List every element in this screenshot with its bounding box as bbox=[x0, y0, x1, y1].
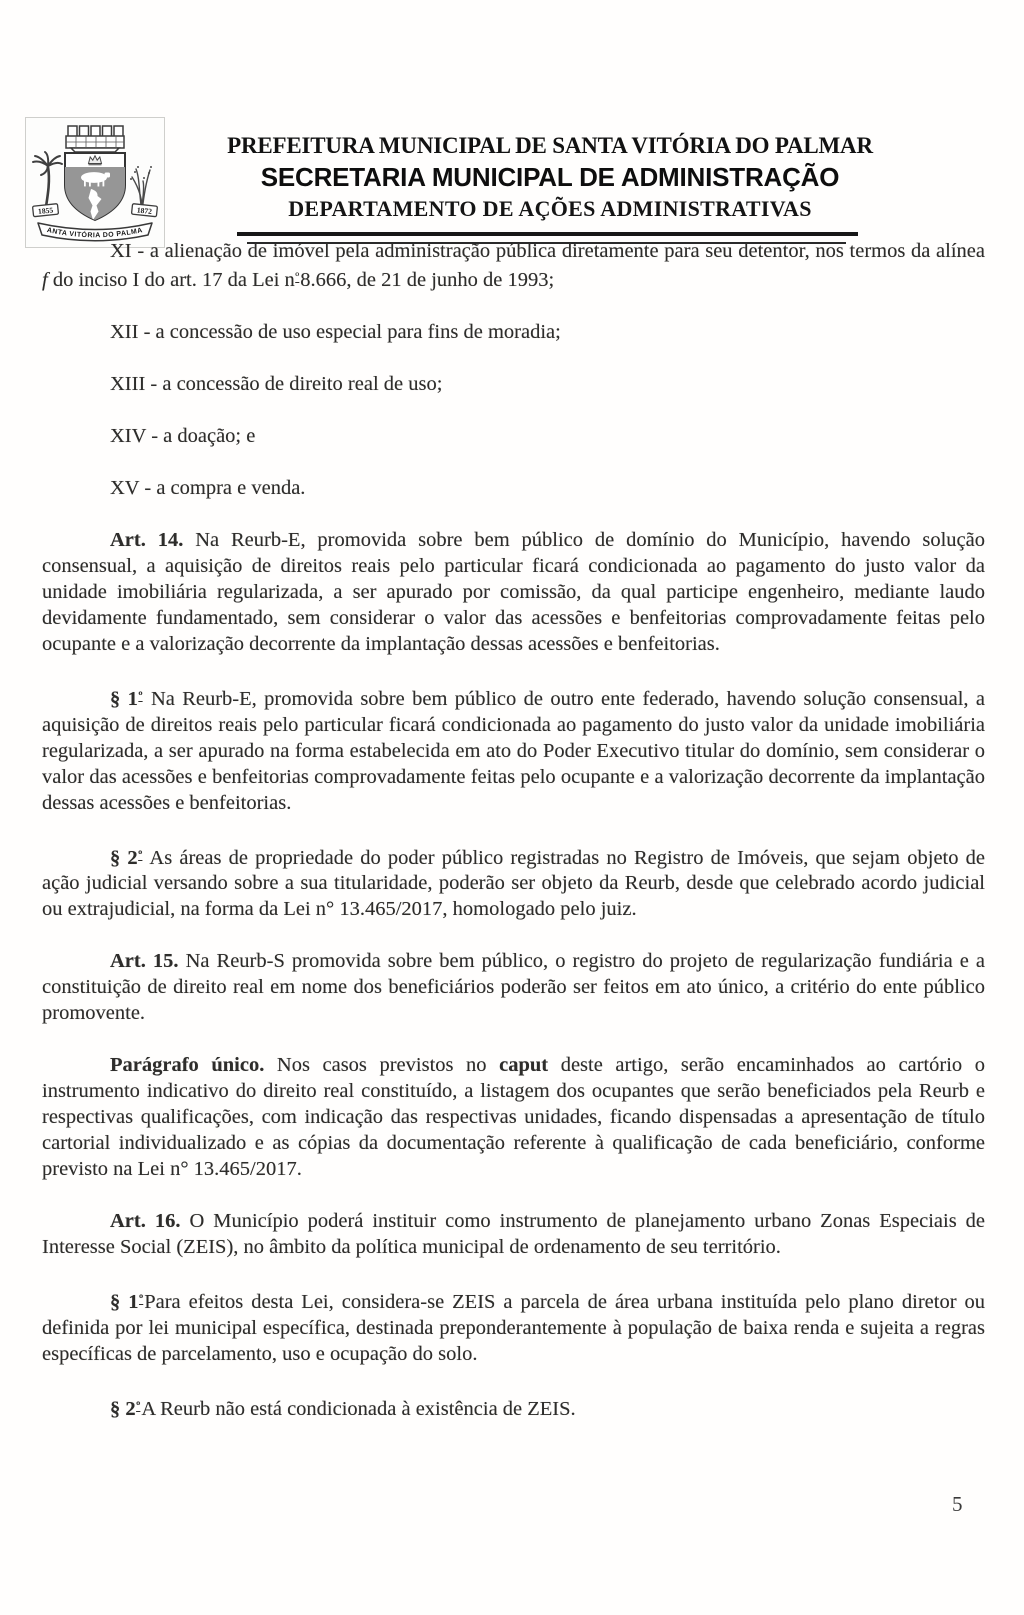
text-segment: XV - a compra e venda. bbox=[110, 477, 305, 499]
text-segment: 8.666, de 21 de junho de 1993; bbox=[300, 269, 554, 291]
page-number: 5 bbox=[952, 1492, 992, 1517]
letterhead-line2: SECRETARIA MUNICIPAL DE ADMINISTRAÇÃO bbox=[168, 161, 932, 194]
text-segment: Na Reurb-E, promovida sobre bem público … bbox=[42, 688, 985, 814]
text-segment: Na Reurb-S promovida sobre bem público, … bbox=[42, 950, 985, 1024]
clause-xiii: XIII - a concessão de direito real de us… bbox=[42, 371, 985, 397]
art14-paragraph-2: § 2º As áreas de propriedade do poder pú… bbox=[42, 842, 985, 923]
text-segment: caput bbox=[499, 1054, 548, 1076]
clause-xi: XI - a alienação de imóvel pela administ… bbox=[42, 238, 985, 293]
text-segment: XIII - a concessão de direito real de us… bbox=[110, 373, 442, 395]
clause-xiv: XIV - a doação; e bbox=[42, 423, 985, 449]
text-segment: § 2 bbox=[110, 846, 138, 868]
mural-crown bbox=[66, 126, 124, 152]
article-16: Art. 16. O Município poderá instituir co… bbox=[42, 1208, 985, 1260]
letterhead-line1: PREFEITURA MUNICIPAL DE SANTA VITÓRIA DO… bbox=[168, 130, 932, 161]
text-segment: XIV - a doação; e bbox=[110, 425, 255, 447]
text-segment: XI - a alienação de imóvel pela administ… bbox=[110, 240, 985, 262]
header-rule-thick bbox=[237, 232, 858, 236]
text-segment: § 2 bbox=[110, 1398, 136, 1420]
clause-xii: XII - a concessão de uso especial para f… bbox=[42, 319, 985, 345]
art16-paragraph-1: § 1ºPara efeitos desta Lei, considera-se… bbox=[42, 1286, 985, 1367]
article-14: Art. 14. Na Reurb-E, promovida sobre bem… bbox=[42, 527, 985, 657]
text-segment: Parágrafo único. bbox=[110, 1054, 264, 1076]
letterhead-line3: DEPARTAMENTO DE AÇÕES ADMINISTRATIVAS bbox=[168, 194, 932, 223]
text-segment: XII - a concessão de uso especial para f… bbox=[110, 321, 561, 343]
text-segment: A Reurb não está condicionada à existênc… bbox=[141, 1398, 575, 1420]
founding-year-right: 1872 bbox=[136, 205, 152, 216]
crown-emblem bbox=[89, 156, 102, 164]
document-page: 1855 1872 SANTA VITÓRIA DO PALMAR PREFEI… bbox=[0, 0, 1024, 1615]
art15-sole-paragraph: Parágrafo único. Nos casos previstos no … bbox=[42, 1052, 985, 1182]
text-segment: Art. 14. bbox=[110, 529, 183, 551]
coat-of-arms-icon: 1855 1872 SANTA VITÓRIA DO PALMAR bbox=[25, 117, 165, 248]
year-scroll-right: 1872 bbox=[131, 204, 157, 217]
text-segment: Art. 15. bbox=[110, 950, 179, 972]
municipal-coat-of-arms: 1855 1872 SANTA VITÓRIA DO PALMAR bbox=[25, 117, 165, 248]
art16-paragraph-2: § 2ºA Reurb não está condicionada à exis… bbox=[42, 1393, 985, 1422]
year-scroll-left: 1855 bbox=[33, 204, 59, 217]
document-body: XI - a alienação de imóvel pela administ… bbox=[42, 238, 985, 1448]
text-segment: § 1 bbox=[110, 688, 138, 710]
text-segment: As áreas de propriedade do poder público… bbox=[42, 846, 985, 920]
article-15: Art. 15. Na Reurb-S promovida sobre bem … bbox=[42, 948, 985, 1026]
text-segment: Na Reurb-E, promovida sobre bem público … bbox=[42, 529, 985, 655]
text-segment: Nos casos previstos no bbox=[264, 1054, 499, 1076]
text-segment: O Município poderá instituir como instru… bbox=[42, 1210, 985, 1258]
text-segment: do inciso I do art. 17 da Lei n bbox=[48, 269, 295, 291]
founding-year-left: 1855 bbox=[38, 205, 54, 216]
text-segment: § 1 bbox=[110, 1291, 138, 1313]
clause-xv: XV - a compra e venda. bbox=[42, 475, 985, 501]
letterhead-titles: PREFEITURA MUNICIPAL DE SANTA VITÓRIA DO… bbox=[168, 130, 932, 223]
art14-paragraph-1: § 1º Na Reurb-E, promovida sobre bem púb… bbox=[42, 683, 985, 816]
text-segment: Art. 16. bbox=[110, 1210, 180, 1232]
text-segment: Para efeitos desta Lei, considera-se ZEI… bbox=[42, 1291, 985, 1365]
